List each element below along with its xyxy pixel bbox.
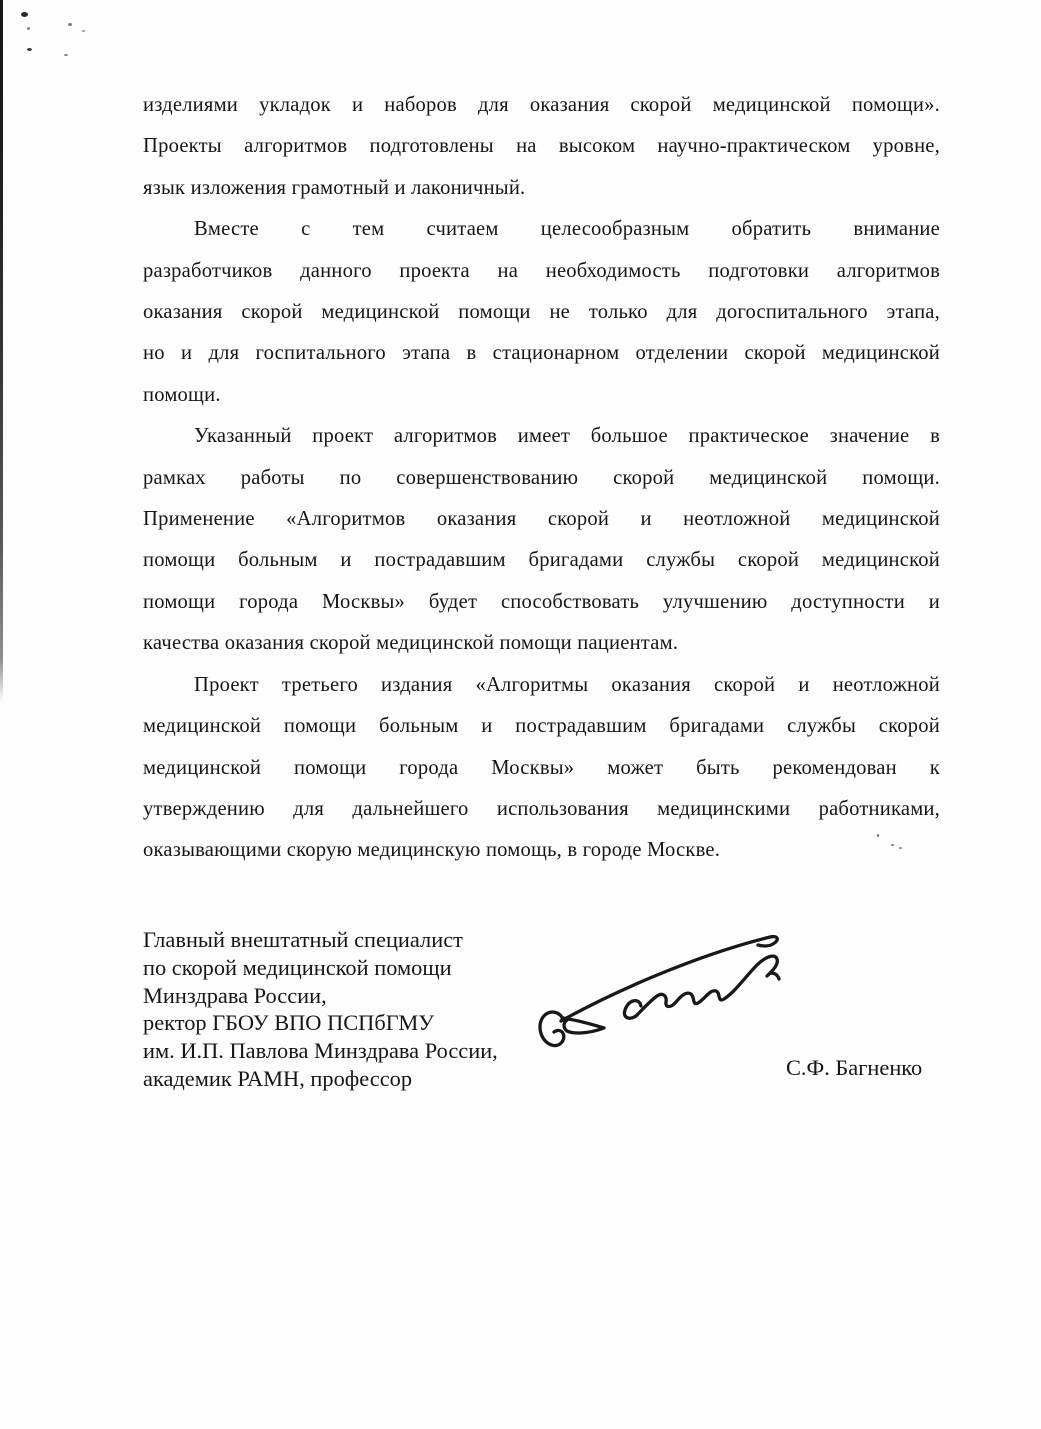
text-line: медицинской помощи больным и пострадавши…: [143, 706, 940, 747]
signature-title-line: Минздрава России,: [143, 982, 573, 1010]
text-line: рамках работы по совершенствованию скоро…: [143, 458, 940, 499]
text-line: Проекты алгоритмов подготовлены на высок…: [143, 126, 940, 167]
text-line: Применение «Алгоритмов оказания скорой и…: [143, 499, 940, 540]
scan-speck: [27, 48, 32, 51]
text-line: оказания скорой медицинской помощи не то…: [143, 292, 940, 333]
signature-title-line: им. И.П. Павлова Минздрава России,: [143, 1037, 573, 1065]
text-line: оказывающими скорую медицинскую помощь, …: [143, 830, 940, 871]
scan-speck: [21, 12, 28, 17]
signature-title-line: академик РАМН, профессор: [143, 1065, 573, 1093]
scan-edge-artifact: [0, 0, 3, 702]
text-line: изделиями укладок и наборов для оказания…: [143, 85, 940, 126]
scanned-letter-page: { "page": { "paper_color": "#fdfdfd", "t…: [0, 0, 1041, 1429]
text-line: Указанный проект алгоритмов имеет большо…: [143, 416, 940, 457]
signature-title: Главный внештатный специалистпо скорой м…: [143, 926, 573, 1093]
scan-speck: [64, 54, 68, 56]
text-line: но и для госпитального этапа в стационар…: [143, 333, 940, 374]
text-line: помощи больным и пострадавшим бригадами …: [143, 540, 940, 581]
signature-title-line: Главный внештатный специалист: [143, 926, 573, 954]
text-line: качества оказания скорой медицинской пом…: [143, 623, 940, 664]
text-line: помощи города Москвы» будет способствова…: [143, 582, 940, 623]
text-line: Вместе с тем считаем целесообразным обра…: [143, 209, 940, 250]
scan-speck: [27, 27, 30, 30]
text-line: помощи.: [143, 375, 940, 416]
signature-image: [525, 915, 815, 1065]
signature-title-line: ректор ГБОУ ВПО ПСПбГМУ: [143, 1009, 573, 1037]
text-line: утверждению для дальнейшего использовани…: [143, 789, 940, 830]
signatory-name: С.Ф. Багненко: [786, 1054, 922, 1082]
signature-title-line: по скорой медицинской помощи: [143, 954, 573, 982]
scan-speck: [82, 30, 85, 32]
text-line: медицинской помощи города Москвы» может …: [143, 748, 940, 789]
text-line: Проект третьего издания «Алгоритмы оказа…: [143, 665, 940, 706]
letter-body: изделиями укладок и наборов для оказания…: [143, 85, 940, 872]
text-line: разработчиков данного проекта на необход…: [143, 251, 940, 292]
text-line: язык изложения грамотный и лаконичный.: [143, 168, 940, 209]
scan-speck: [68, 23, 72, 26]
